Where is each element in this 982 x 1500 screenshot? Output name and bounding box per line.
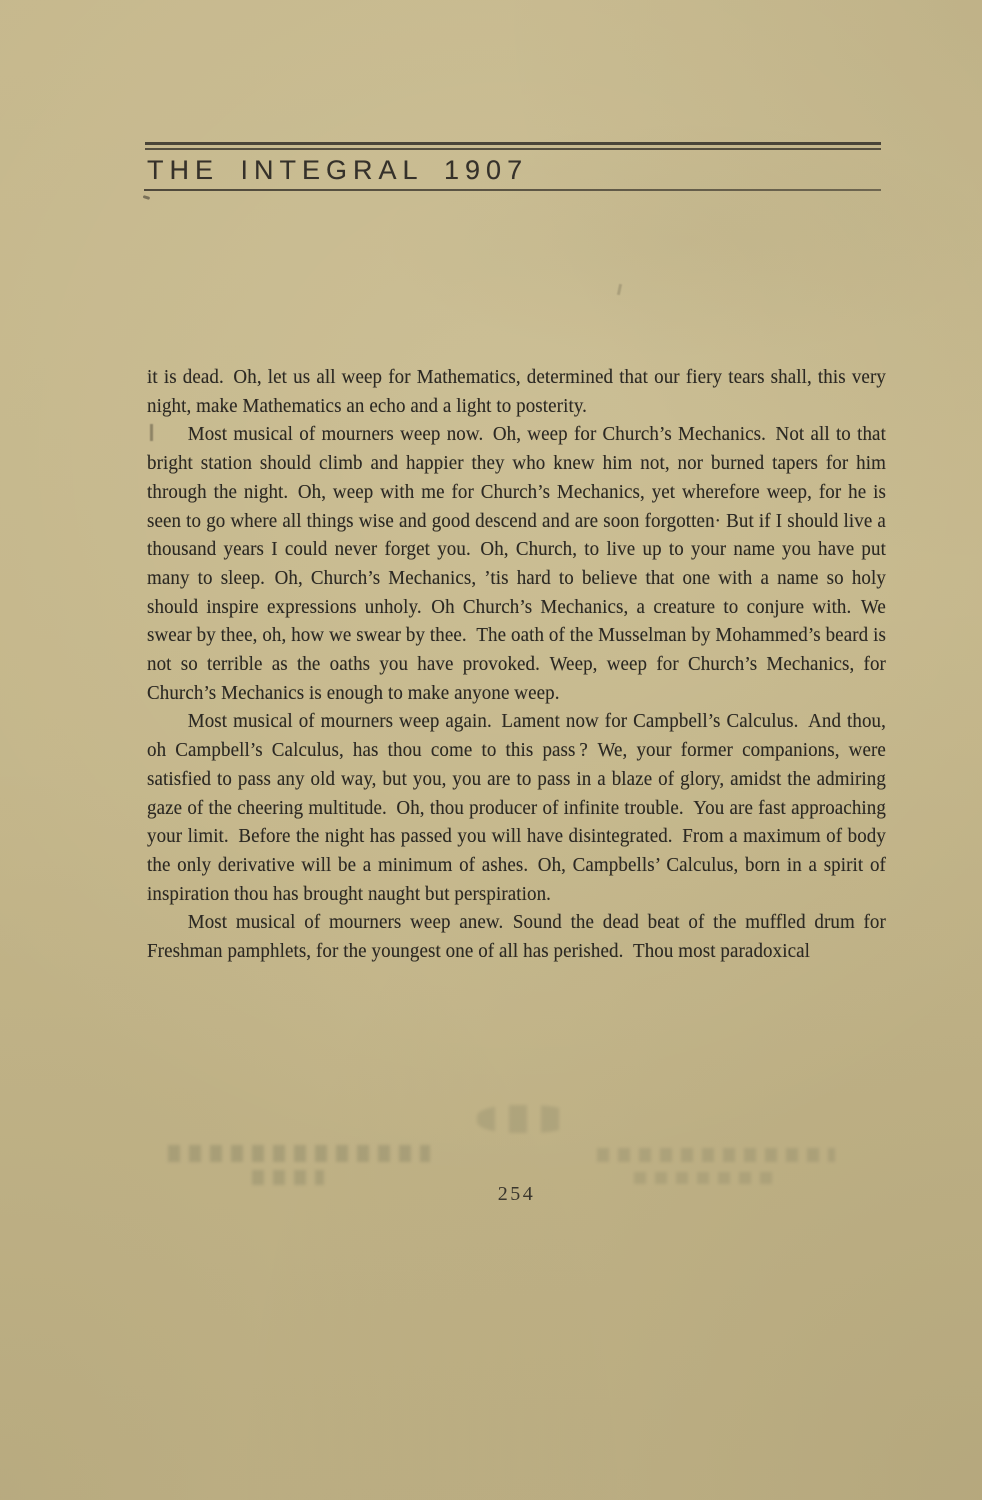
masthead-rule-thick — [145, 142, 881, 145]
scanned-book-page: THE INTEGRAL 1907 it is dead. Oh, let us… — [0, 0, 982, 1500]
paragraph: Most musical of mourners weep now. Oh, w… — [147, 420, 886, 707]
ink-bleed-right-1 — [597, 1148, 835, 1162]
paragraph: Most musical of mourners weep anew. Soun… — [147, 908, 886, 965]
page-title: THE INTEGRAL 1907 — [147, 155, 528, 186]
masthead-rule-thin — [145, 148, 881, 150]
ink-bleed-stamp-row-1 — [168, 1145, 430, 1162]
page-number: 254 — [147, 1183, 886, 1206]
stray-ink-fleck — [617, 284, 622, 295]
ink-bleed-center — [477, 1105, 571, 1133]
masthead-single-rule — [144, 189, 881, 191]
paragraph-continuation: it is dead. Oh, let us all weep for Math… — [147, 363, 886, 420]
page-body: it is dead. Oh, let us all weep for Math… — [147, 363, 886, 966]
masthead-double-rule — [145, 142, 881, 150]
masthead-rule-tick — [143, 195, 150, 200]
paragraph: Most musical of mourners weep again. Lam… — [147, 707, 886, 908]
